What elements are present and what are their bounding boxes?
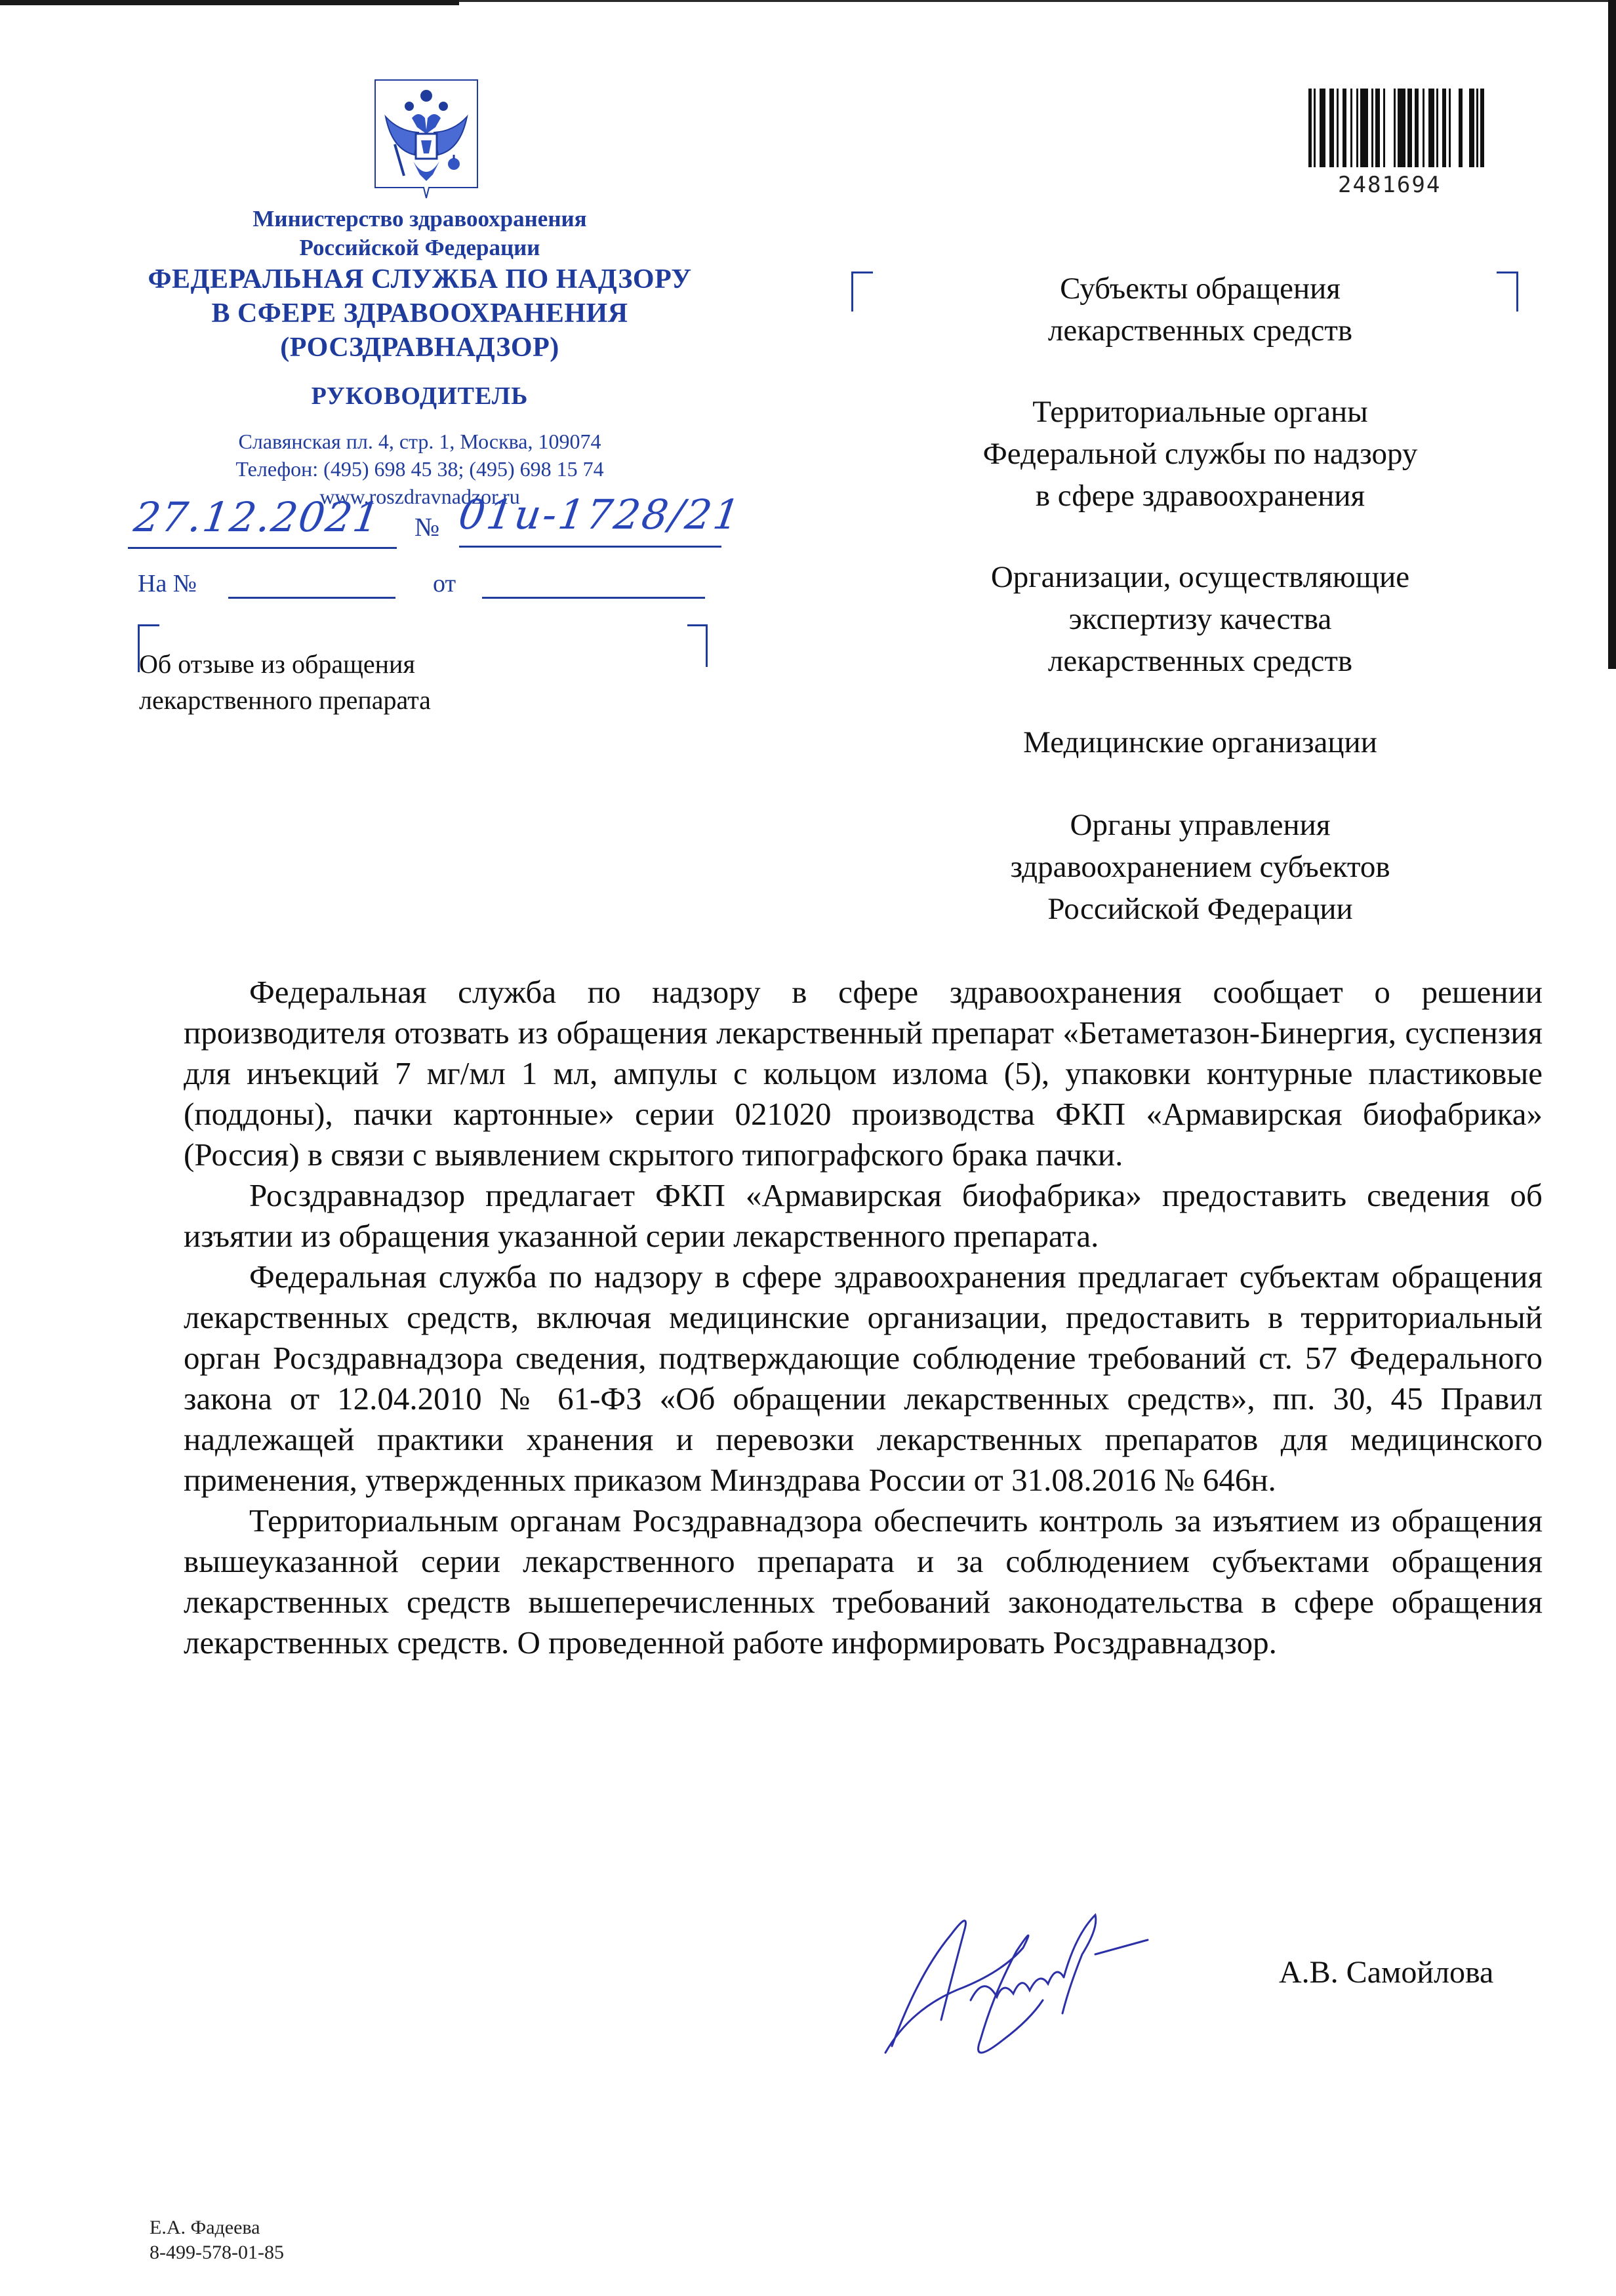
subject-line-1: Об отзыве из обращения xyxy=(139,646,431,682)
registration-date: 27.12.2021 xyxy=(131,493,384,541)
addressee-2-line-3: в сфере здравоохранения xyxy=(885,475,1515,517)
letter-body: Федеральная служба по надзору в сфере зд… xyxy=(184,972,1543,1663)
subject-line-2: лекарственного препарата xyxy=(139,682,431,718)
body-paragraph-2: Росздравнадзор предлагает ФКП «Армавирск… xyxy=(184,1175,1543,1257)
body-paragraph-1: Федеральная служба по надзору в сфере зд… xyxy=(184,972,1543,1175)
addressee-3-line-2: экспертизу качества xyxy=(885,598,1515,640)
date-underline xyxy=(128,547,397,549)
addressee-3: Организации, осуществляющие экспертизу к… xyxy=(885,556,1515,682)
body-paragraph-4: Территориальным органам Росздравнадзора … xyxy=(184,1500,1543,1663)
service-line-1: ФЕДЕРАЛЬНАЯ СЛУЖБА ПО НАДЗОРУ xyxy=(118,262,721,296)
executor-name: Е.А. Фадеева xyxy=(150,2215,284,2240)
postal-address: Славянская пл. 4, стр. 1, Москва, 109074 xyxy=(118,428,721,455)
addressee-2: Территориальные органы Федеральной служб… xyxy=(885,391,1515,517)
addressee-5-line-3: Российской Федерации xyxy=(885,888,1515,930)
coat-of-arms-icon xyxy=(373,77,480,202)
position-title: РУКОВОДИТЕЛЬ xyxy=(118,382,721,411)
service-line-3: (РОСЗДРАВНАДЗОР) xyxy=(118,331,721,365)
ministry-line-1: Министерство здравоохранения xyxy=(118,205,721,233)
registration-number: 01и-1728/21 xyxy=(456,491,745,538)
reply-number-field xyxy=(228,597,395,599)
ministry-line-2: Российской Федерации xyxy=(118,233,721,262)
addressee-2-line-1: Территориальные органы xyxy=(885,391,1515,433)
addressee-3-line-1: Организации, осуществляющие xyxy=(885,556,1515,598)
addressee-1-line-2: лекарственных средств xyxy=(885,310,1515,352)
scan-edge-right xyxy=(1608,0,1616,669)
addressee-1: Субъекты обращения лекарственных средств xyxy=(885,268,1515,352)
reply-date-label: от xyxy=(433,569,456,598)
subject-line: Об отзыве из обращения лекарственного пр… xyxy=(139,646,431,718)
addressee-5-line-2: здравоохранением субъектов xyxy=(885,846,1515,888)
barcode xyxy=(1308,89,1505,167)
barcode-number: 2481694 xyxy=(1338,172,1441,198)
number-sign: № xyxy=(414,512,439,542)
scan-edge-top xyxy=(0,0,459,5)
reply-date-field xyxy=(482,597,705,599)
addressee-2-line-2: Федеральной службы по надзору xyxy=(885,433,1515,475)
addressee-5: Органы управления здравоохранением субъе… xyxy=(885,804,1515,930)
executor-block: Е.А. Фадеева 8-499-578-01-85 xyxy=(150,2215,284,2265)
service-line-2: В СФЕРЕ ЗДРАВООХРАНЕНИЯ xyxy=(118,296,721,331)
executor-phone: 8-499-578-01-85 xyxy=(150,2240,284,2265)
addressee-bracket-left xyxy=(851,272,873,312)
addressee-3-line-3: лекарственных средств xyxy=(885,640,1515,682)
body-paragraph-3: Федеральная служба по надзору в сфере зд… xyxy=(184,1257,1543,1500)
addressee-5-line-1: Органы управления xyxy=(885,804,1515,846)
service-name: ФЕДЕРАЛЬНАЯ СЛУЖБА ПО НАДЗОРУ В СФЕРЕ ЗД… xyxy=(118,262,721,365)
reply-number-label: На № xyxy=(138,569,197,598)
handwritten-signature-icon xyxy=(872,1889,1266,2059)
ministry-name: Министерство здравоохранения Российской … xyxy=(118,205,721,262)
subject-bracket-right xyxy=(687,624,708,667)
signatory-name: А.В. Самойлова xyxy=(1279,1954,1493,1990)
addressee-1-line-1: Субъекты обращения xyxy=(885,268,1515,310)
scan-edge-top-thin xyxy=(459,0,1616,2)
number-underline xyxy=(459,546,721,548)
addressee-4: Медицинские организации xyxy=(885,721,1515,763)
phone-numbers: Телефон: (495) 698 45 38; (495) 698 15 7… xyxy=(118,455,721,483)
addressee-4-line-1: Медицинские организации xyxy=(885,721,1515,763)
